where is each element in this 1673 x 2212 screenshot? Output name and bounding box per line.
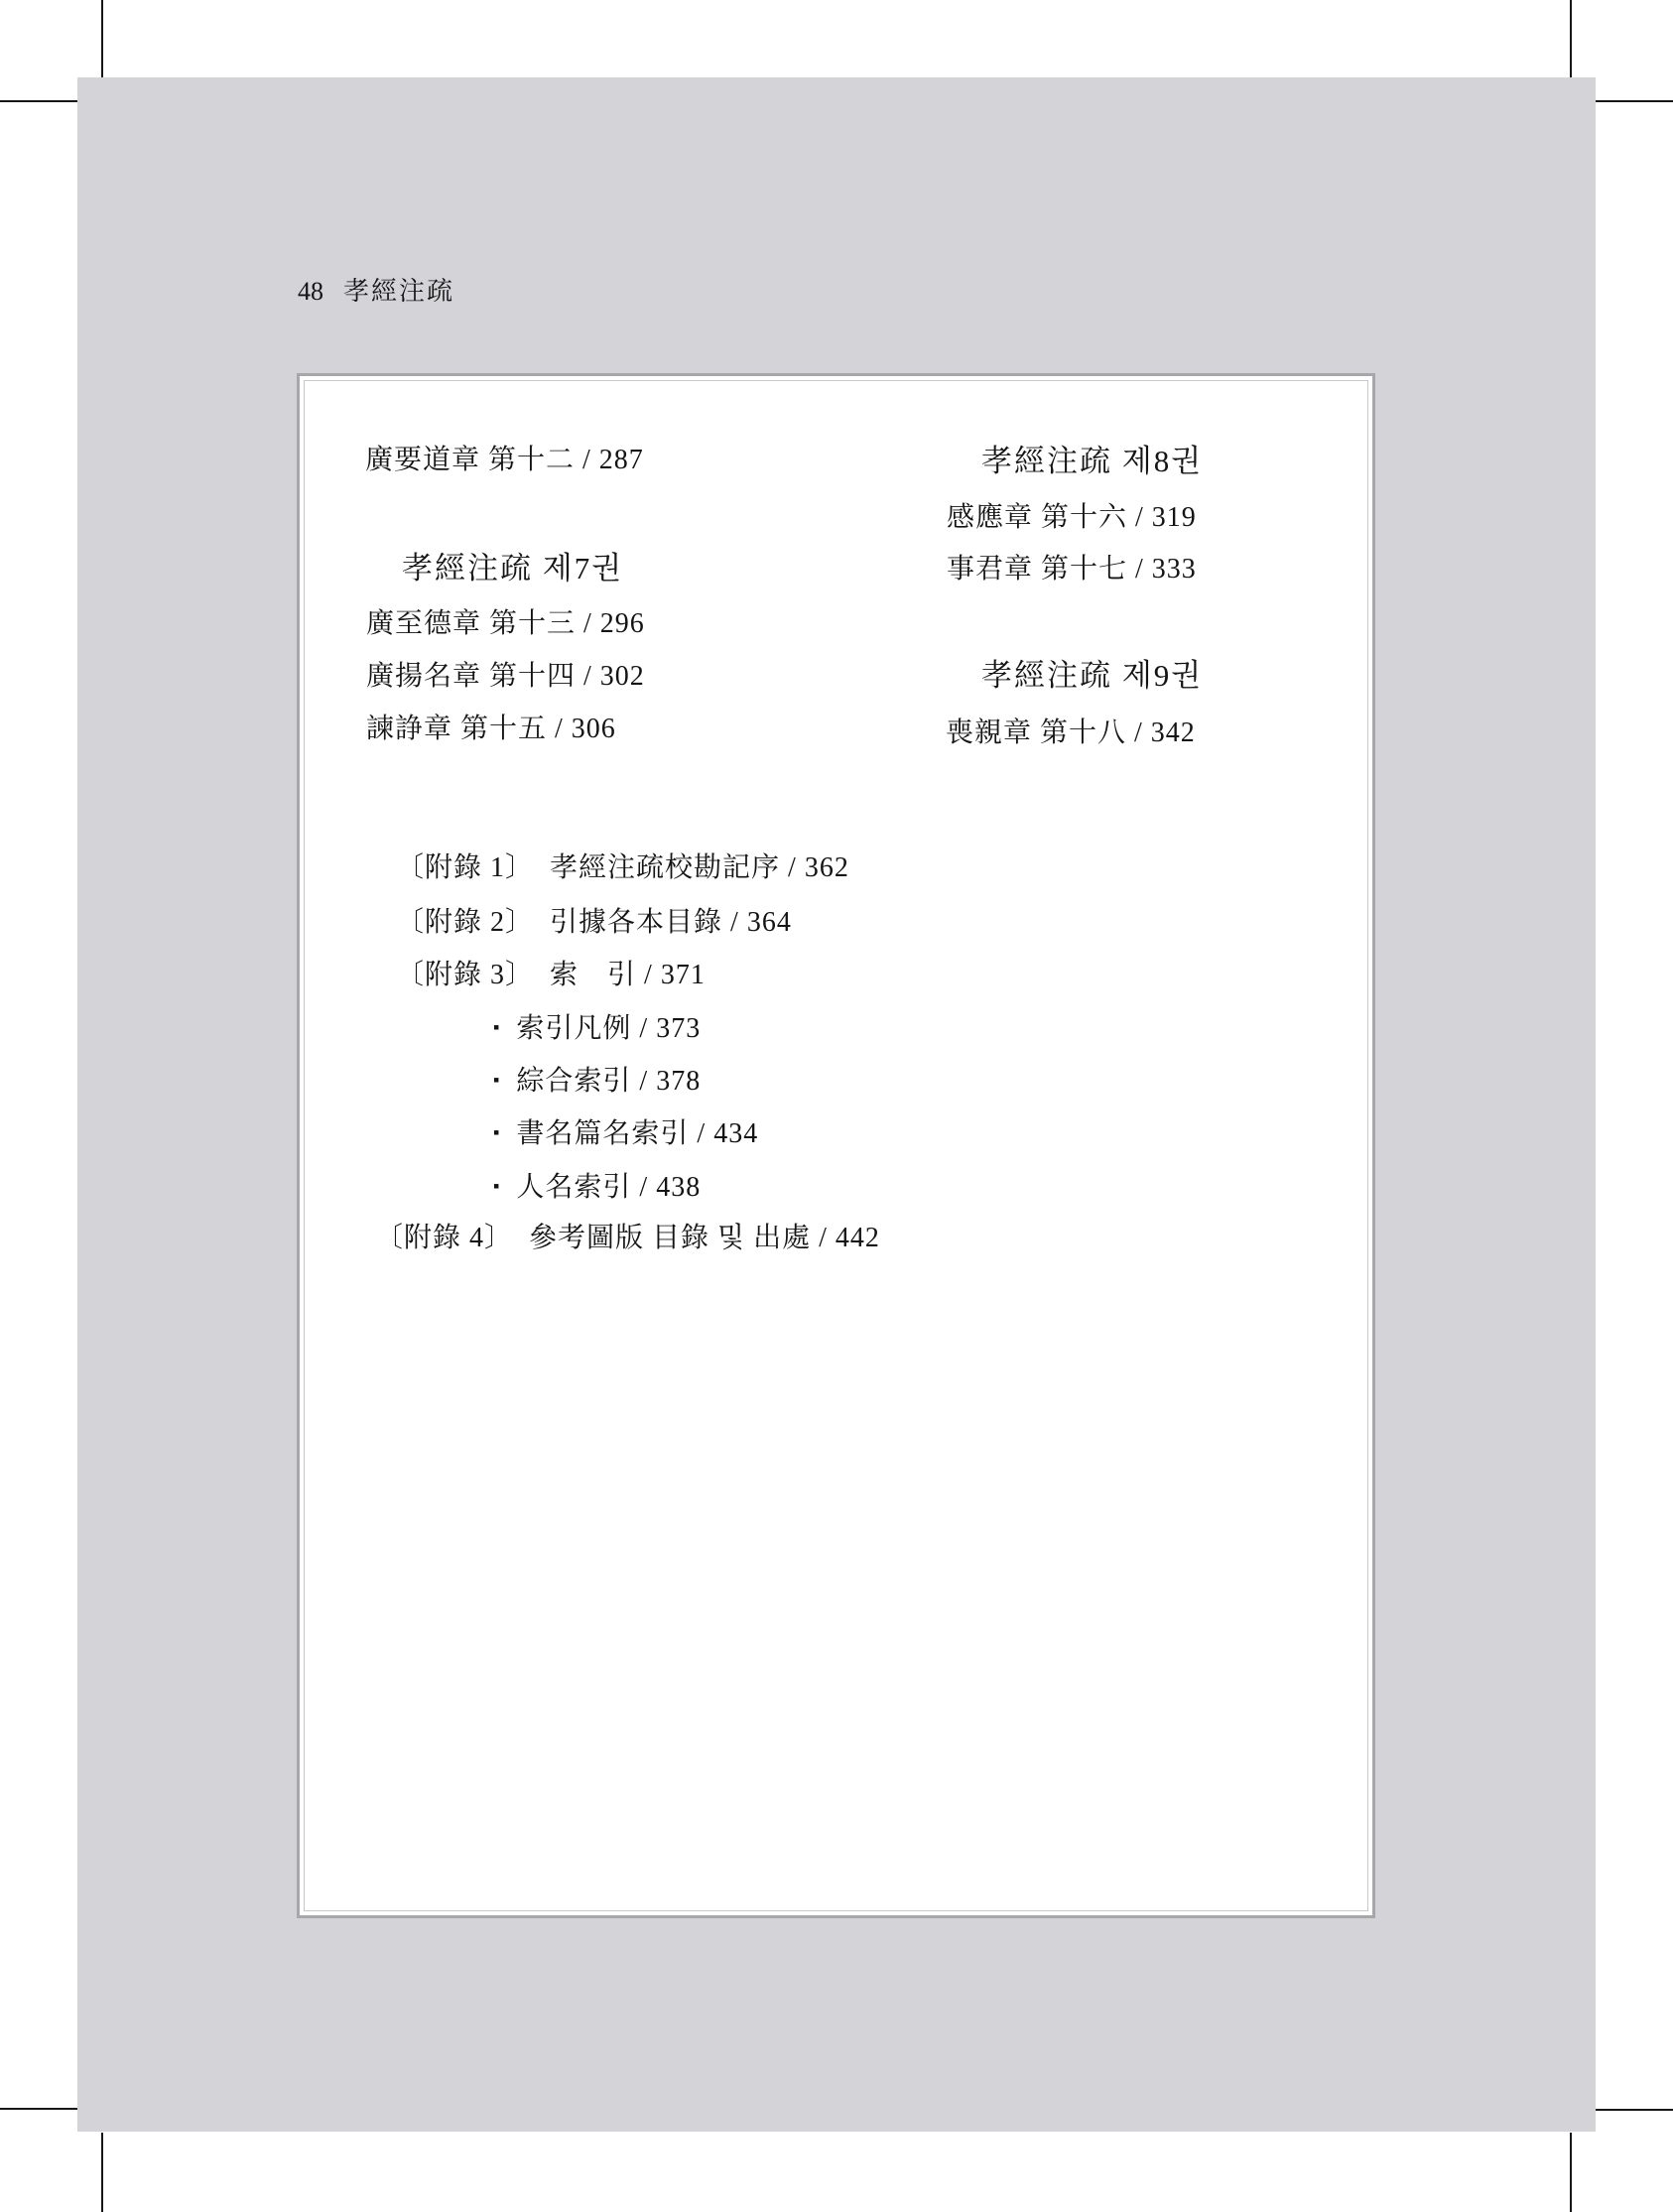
toc-entry-title: 事君章 第十七 xyxy=(947,554,1127,585)
crop-mark-bottom-left-vertical xyxy=(101,2133,103,2212)
toc-entry-page: 319 xyxy=(1152,502,1197,533)
toc-entry-ch16: 感應章 第十六 / 319 xyxy=(947,501,1197,535)
appendix-title: 索 引 xyxy=(550,960,636,990)
toc-entry-title: 喪親章 第十八 xyxy=(946,717,1126,748)
toc-entry-title: 感應章 第十六 xyxy=(947,502,1127,533)
square-bullet-icon: ▪ xyxy=(493,1017,500,1037)
running-head-title: 孝經注疏 xyxy=(343,277,454,306)
toc-entry-ch15: 諫諍章 第十五 / 306 xyxy=(366,713,616,746)
appendix-page: 371 xyxy=(661,960,706,990)
square-bullet-icon: ▪ xyxy=(493,1176,500,1196)
content-frame-outer-rule xyxy=(297,373,1375,1918)
toc-separator: / xyxy=(576,661,600,692)
appendix-index-subitem-1: ▪索引凡例 / 373 xyxy=(493,1012,701,1046)
appendix-subitem-page: 438 xyxy=(656,1172,701,1203)
appendix-subitem-title: 人名索引 xyxy=(516,1172,631,1203)
toc-entry-ch12: 廣要道章 第十二 / 287 xyxy=(365,444,644,477)
toc-separator: / xyxy=(636,960,661,990)
appendix-title: 引據各本目錄 xyxy=(550,907,722,938)
toc-entry-title: 廣揚名章 第十四 xyxy=(366,661,576,692)
scanned-book-page: 48孝經注疏 廣要道章 第十二 / 287 孝經注疏 제7권 廣至德章 第十三 … xyxy=(0,0,1673,2212)
running-head: 48孝經注疏 xyxy=(298,277,454,307)
crop-mark-top-left-vertical xyxy=(101,0,103,79)
toc-separator: / xyxy=(722,907,747,938)
toc-volume8-header: 孝經注疏 제8권 xyxy=(981,443,1203,479)
toc-separator: / xyxy=(1126,717,1151,748)
crop-mark-top-right-vertical xyxy=(1570,0,1572,79)
toc-volume7-header: 孝經注疏 제7권 xyxy=(402,550,623,586)
toc-separator: / xyxy=(575,445,599,475)
page-number: 48 xyxy=(298,277,323,306)
toc-entry-title: 諫諍章 第十五 xyxy=(366,714,547,744)
appendix-label: 〔附錄 1〕 xyxy=(396,852,534,883)
appendix-entry-4: 〔附錄 4〕參考圖版 目錄 및 出處 / 442 xyxy=(375,1222,880,1255)
appendix-label: 〔附錄 4〕 xyxy=(375,1223,513,1253)
toc-entry-page: 296 xyxy=(600,608,645,639)
appendix-subitem-title: 綜合索引 xyxy=(516,1066,631,1097)
toc-entry-ch14: 廣揚名章 第十四 / 302 xyxy=(366,660,645,694)
crop-mark-bottom-right-horizontal xyxy=(1595,2109,1673,2111)
appendix-index-subitem-4: ▪人名索引 / 438 xyxy=(493,1171,701,1205)
appendix-subitem-page: 434 xyxy=(713,1118,758,1149)
toc-volume9-header: 孝經注疏 제9권 xyxy=(981,657,1203,694)
crop-mark-top-right-horizontal xyxy=(1595,100,1673,102)
toc-separator: / xyxy=(631,1172,656,1203)
toc-entry-title: 廣至德章 第十三 xyxy=(366,608,576,639)
crop-mark-bottom-right-vertical xyxy=(1570,2133,1572,2212)
toc-entry-page: 333 xyxy=(1152,554,1197,585)
appendix-title: 參考圖版 目錄 및 出處 xyxy=(529,1223,811,1253)
toc-entry-title: 廣要道章 第十二 xyxy=(365,445,575,475)
appendix-index-subitem-2: ▪綜合索引 / 378 xyxy=(493,1065,701,1099)
toc-separator: / xyxy=(811,1223,836,1253)
appendix-subitem-page: 378 xyxy=(656,1066,701,1097)
appendix-entry-1: 〔附錄 1〕孝經注疏校勘記序 / 362 xyxy=(396,851,849,885)
toc-entry-page: 306 xyxy=(572,714,616,744)
toc-entry-page: 342 xyxy=(1151,717,1196,748)
toc-separator: / xyxy=(547,714,572,744)
toc-entry-page: 287 xyxy=(599,445,644,475)
appendix-title: 孝經注疏校勘記序 xyxy=(550,852,780,883)
toc-separator: / xyxy=(631,1066,656,1097)
appendix-index-subitem-3: ▪書名篇名索引 / 434 xyxy=(493,1117,758,1151)
toc-separator: / xyxy=(780,852,805,883)
appendix-subitem-title: 索引凡例 xyxy=(516,1013,631,1044)
toc-separator: / xyxy=(576,608,600,639)
toc-separator: / xyxy=(1127,554,1152,585)
toc-entry-page: 302 xyxy=(600,661,645,692)
crop-mark-top-left-horizontal xyxy=(0,100,78,102)
toc-entry-ch18: 喪親章 第十八 / 342 xyxy=(946,716,1196,750)
square-bullet-icon: ▪ xyxy=(493,1070,500,1090)
appendix-label: 〔附錄 3〕 xyxy=(396,960,534,990)
appendix-entry-2: 〔附錄 2〕引據各本目錄 / 364 xyxy=(396,906,792,940)
crop-mark-bottom-left-horizontal xyxy=(0,2108,78,2110)
square-bullet-icon: ▪ xyxy=(493,1122,500,1142)
appendix-page: 362 xyxy=(805,852,849,883)
appendix-page: 442 xyxy=(836,1223,880,1253)
appendix-subitem-page: 373 xyxy=(656,1013,701,1044)
toc-separator: / xyxy=(631,1013,656,1044)
appendix-subitem-title: 書名篇名索引 xyxy=(516,1118,689,1149)
appendix-page: 364 xyxy=(747,907,792,938)
toc-separator: / xyxy=(1127,502,1152,533)
appendix-entry-3: 〔附錄 3〕索 引 / 371 xyxy=(396,959,706,992)
toc-entry-ch13: 廣至德章 第十三 / 296 xyxy=(366,607,645,641)
toc-separator: / xyxy=(689,1118,713,1149)
appendix-label: 〔附錄 2〕 xyxy=(396,907,534,938)
toc-entry-ch17: 事君章 第十七 / 333 xyxy=(947,553,1197,586)
